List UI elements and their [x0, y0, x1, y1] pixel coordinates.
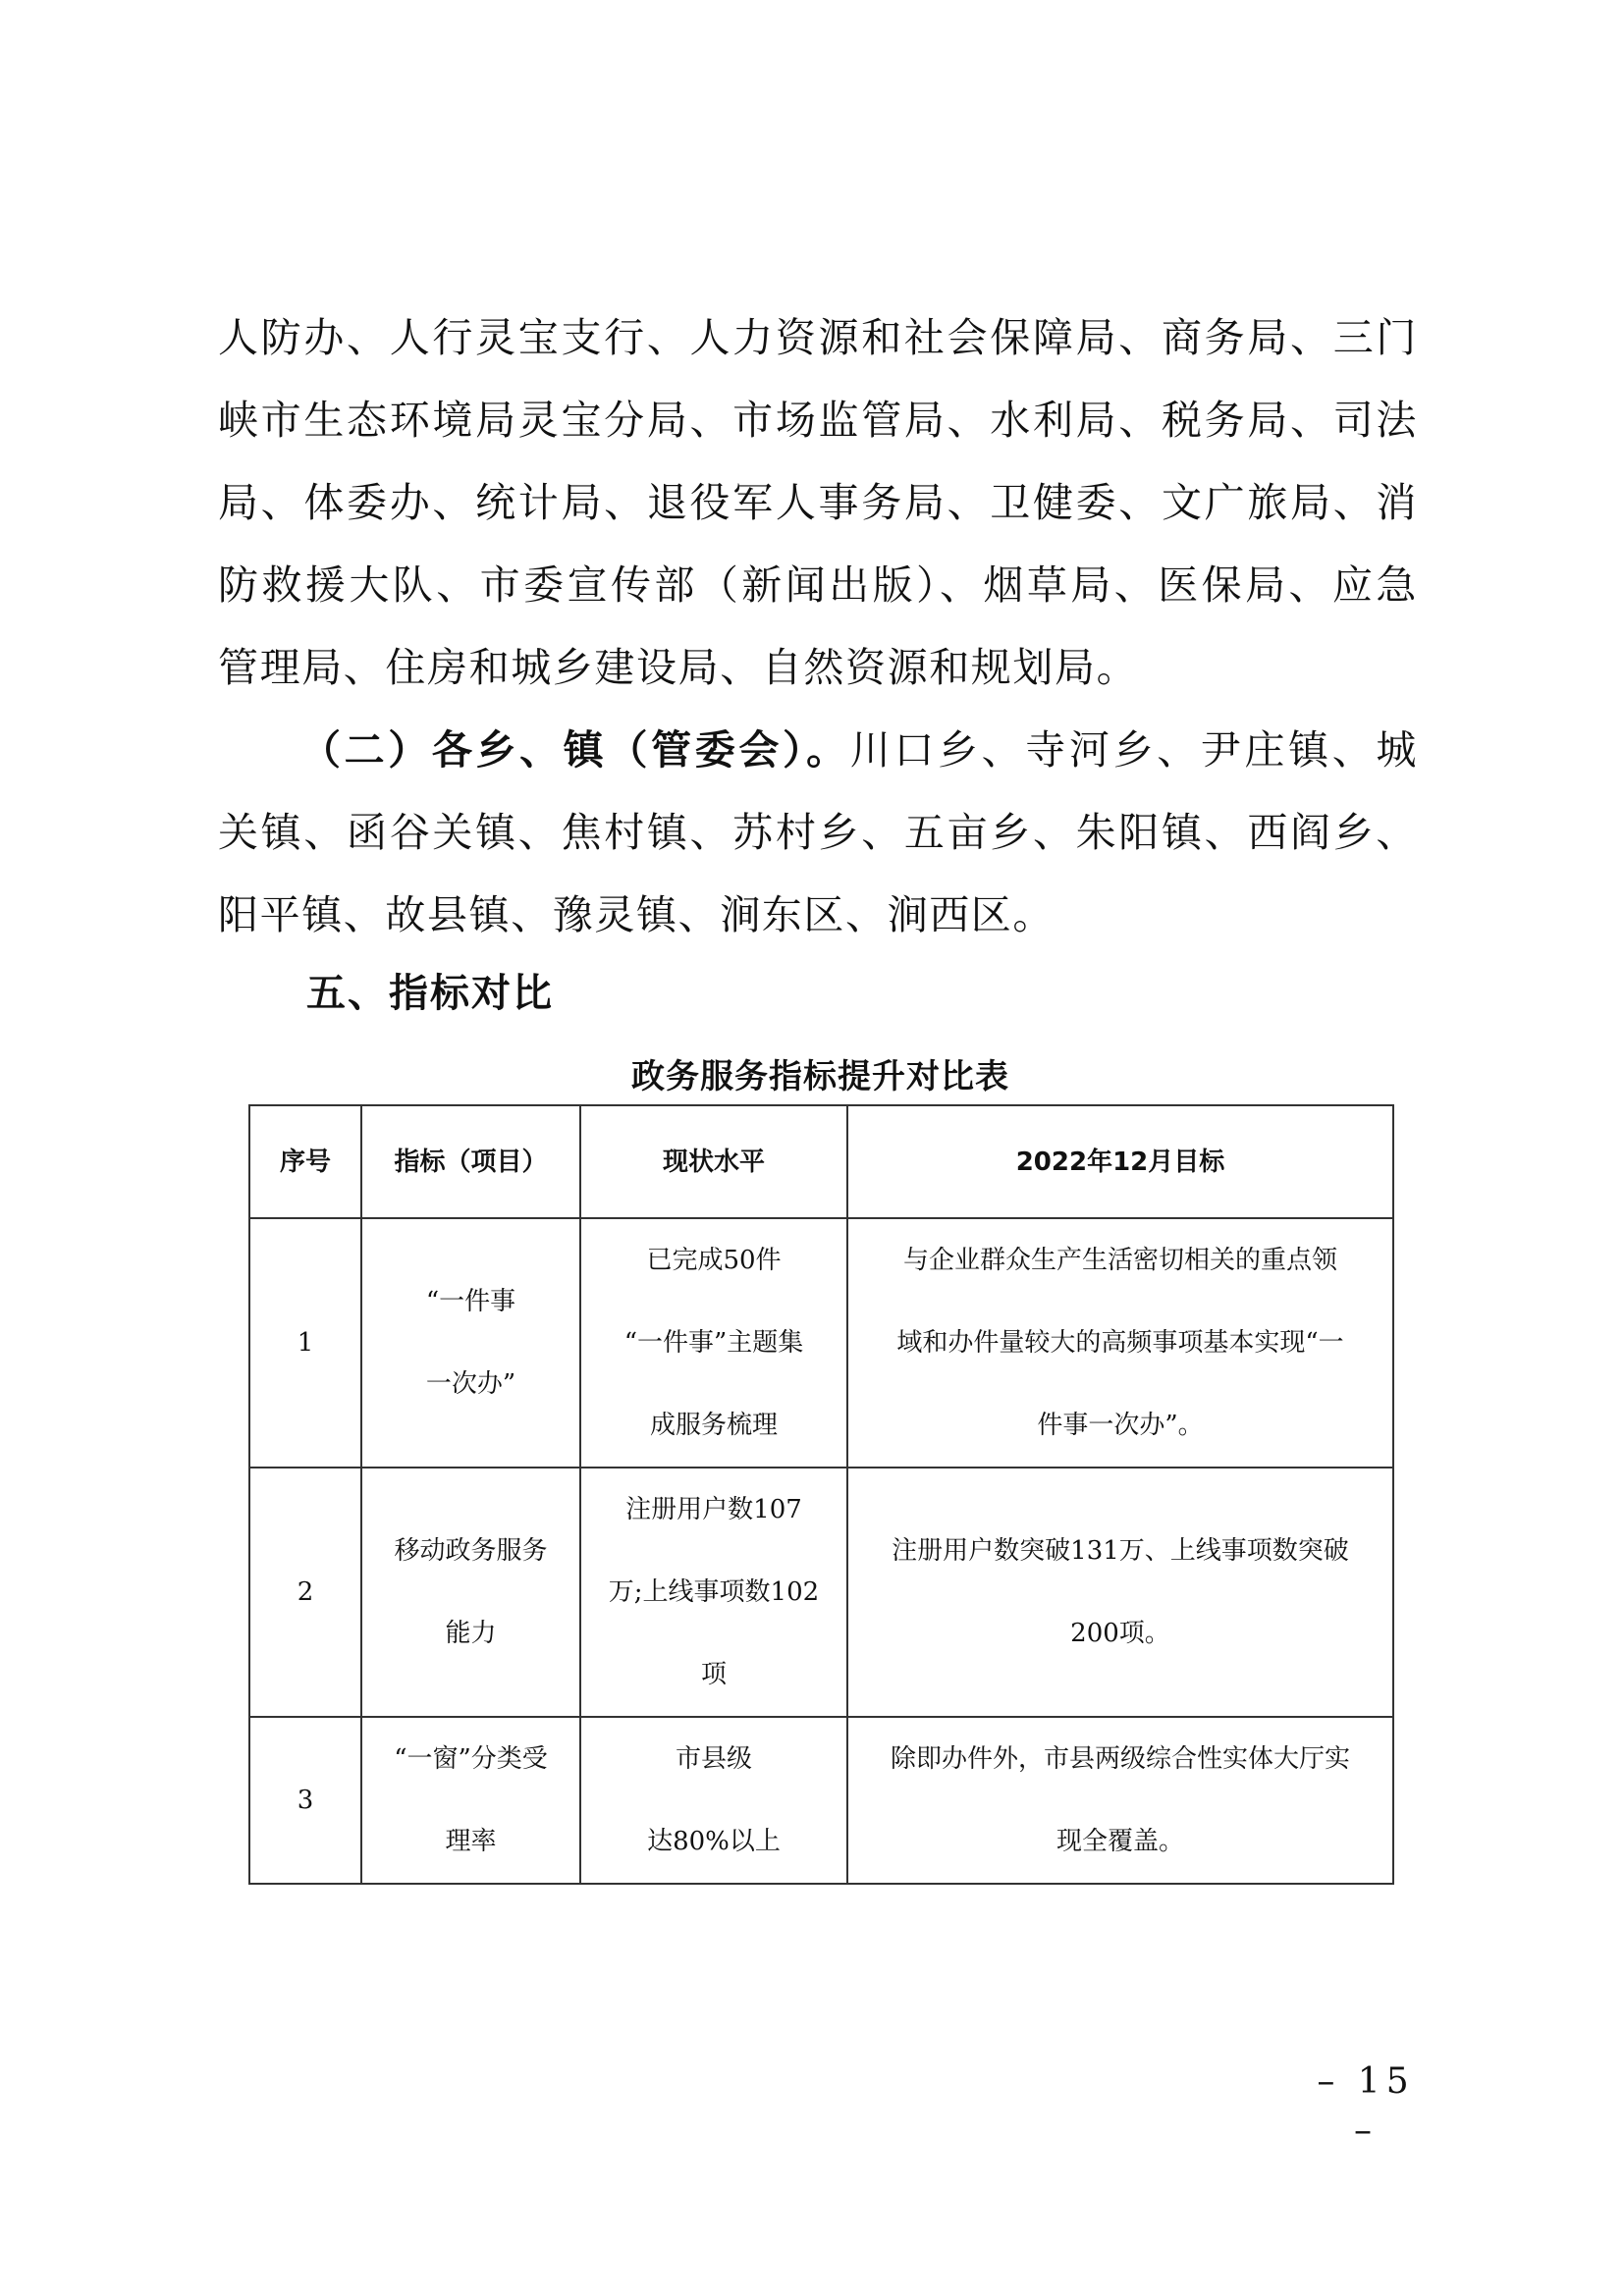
cell-text: “一件事	[372, 1260, 569, 1343]
section-5-heading: 五、指标对比	[306, 962, 554, 1025]
body-paragraphs: 人防办、人行灵宝支行、人力资源和社会保障局、商务局、三门 峡市生态环境局灵宝分局…	[218, 296, 1418, 956]
cell-text: 件事一次办”。	[858, 1384, 1382, 1467]
cell-text: 与企业群众生产生活密切相关的重点领	[858, 1219, 1382, 1302]
cell-seq: 3	[249, 1717, 361, 1884]
cell-text: 项	[591, 1633, 837, 1716]
cell-text: 注册用户数107	[591, 1468, 837, 1551]
cell-text: 现全覆盖。	[858, 1800, 1382, 1883]
table-row: 1 “一件事 一次办” 已完成50件 “一件事”主题集 成服务梳理 与企业群众生…	[249, 1218, 1393, 1468]
cell-indicator: 移动政务服务 能力	[361, 1468, 580, 1717]
body-line: 防救援大队、市委宣传部（新闻出版）、烟草局、医保局、应急	[218, 544, 1418, 626]
body-line: 局、体委办、统计局、退役军人事务局、卫健委、文广旅局、消	[218, 461, 1418, 544]
cell-text: 市县级	[591, 1718, 837, 1800]
cell-indicator: “一件事 一次办”	[361, 1218, 580, 1468]
cell-current: 市县级 达80%以上	[580, 1717, 847, 1884]
cell-text: “一窗”分类受	[372, 1718, 569, 1800]
body-line: 人防办、人行灵宝支行、人力资源和社会保障局、商务局、三门	[218, 296, 1418, 379]
cell-text: 达80%以上	[591, 1800, 837, 1883]
cell-text: 已完成50件	[591, 1219, 837, 1302]
cell-text: 移动政务服务	[372, 1510, 569, 1592]
cell-text: 万;上线事项数102	[591, 1551, 837, 1633]
cell-text: 理率	[372, 1800, 569, 1883]
cell-target: 除即办件外，市县两级综合性实体大厅实 现全覆盖。	[847, 1717, 1393, 1884]
body-line: 管理局、住房和城乡建设局、自然资源和规划局。	[218, 626, 1418, 709]
table-row: 2 移动政务服务 能力 注册用户数107 万;上线事项数102 项 注册用户数突…	[249, 1468, 1393, 1717]
cell-text: 成服务梳理	[591, 1384, 837, 1467]
body-line: 阳平镇、故县镇、豫灵镇、涧东区、涧西区。	[218, 874, 1418, 956]
cell-seq: 2	[249, 1468, 361, 1717]
table-row: 3 “一窗”分类受 理率 市县级 达80%以上 除即办件外，市县两级综合性实体大…	[249, 1717, 1393, 1884]
body-line: 关镇、函谷关镇、焦村镇、苏村乡、五亩乡、朱阳镇、西阎乡、	[218, 791, 1418, 874]
header-current: 现状水平	[580, 1105, 847, 1218]
header-indicator: 指标（项目）	[361, 1105, 580, 1218]
cell-text: 域和办件量较大的高频事项基本实现“一	[858, 1302, 1382, 1384]
page-number: – 15 –	[1302, 2057, 1430, 2156]
cell-seq: 1	[249, 1218, 361, 1468]
body-line: 峡市生态环境局灵宝分局、市场监管局、水利局、税务局、司法	[218, 379, 1418, 461]
document-page: 人防办、人行灵宝支行、人力资源和社会保障局、商务局、三门 峡市生态环境局灵宝分局…	[0, 0, 1624, 2296]
cell-target: 与企业群众生产生活密切相关的重点领 域和办件量较大的高频事项基本实现“一 件事一…	[847, 1218, 1393, 1468]
cell-text: 注册用户数突破131万、上线事项数突破	[858, 1510, 1382, 1592]
section-2-text: 川口乡、寺河乡、尹庄镇、城	[850, 726, 1418, 774]
cell-current: 已完成50件 “一件事”主题集 成服务梳理	[580, 1218, 847, 1468]
section-2-first-line: （二）各乡、镇（管委会）。川口乡、寺河乡、尹庄镇、城	[218, 709, 1418, 791]
cell-text: “一件事”主题集	[591, 1302, 837, 1384]
table-header-row: 序号 指标（项目） 现状水平 2022年12月目标	[249, 1105, 1393, 1218]
cell-text: 除即办件外，市县两级综合性实体大厅实	[858, 1718, 1382, 1800]
cell-target: 注册用户数突破131万、上线事项数突破 200项。	[847, 1468, 1393, 1717]
cell-current: 注册用户数107 万;上线事项数102 项	[580, 1468, 847, 1717]
header-target: 2022年12月目标	[847, 1105, 1393, 1218]
indicator-comparison-table: 序号 指标（项目） 现状水平 2022年12月目标 1 “一件事 一次办” 已完…	[248, 1104, 1394, 1885]
cell-text: 能力	[372, 1592, 569, 1675]
cell-text: 一次办”	[372, 1343, 569, 1425]
header-seq: 序号	[249, 1105, 361, 1218]
cell-indicator: “一窗”分类受 理率	[361, 1717, 580, 1884]
table-title: 政务服务指标提升对比表	[248, 1052, 1392, 1101]
section-2-heading: （二）各乡、镇（管委会）。	[300, 726, 850, 774]
cell-text: 200项。	[858, 1592, 1382, 1675]
